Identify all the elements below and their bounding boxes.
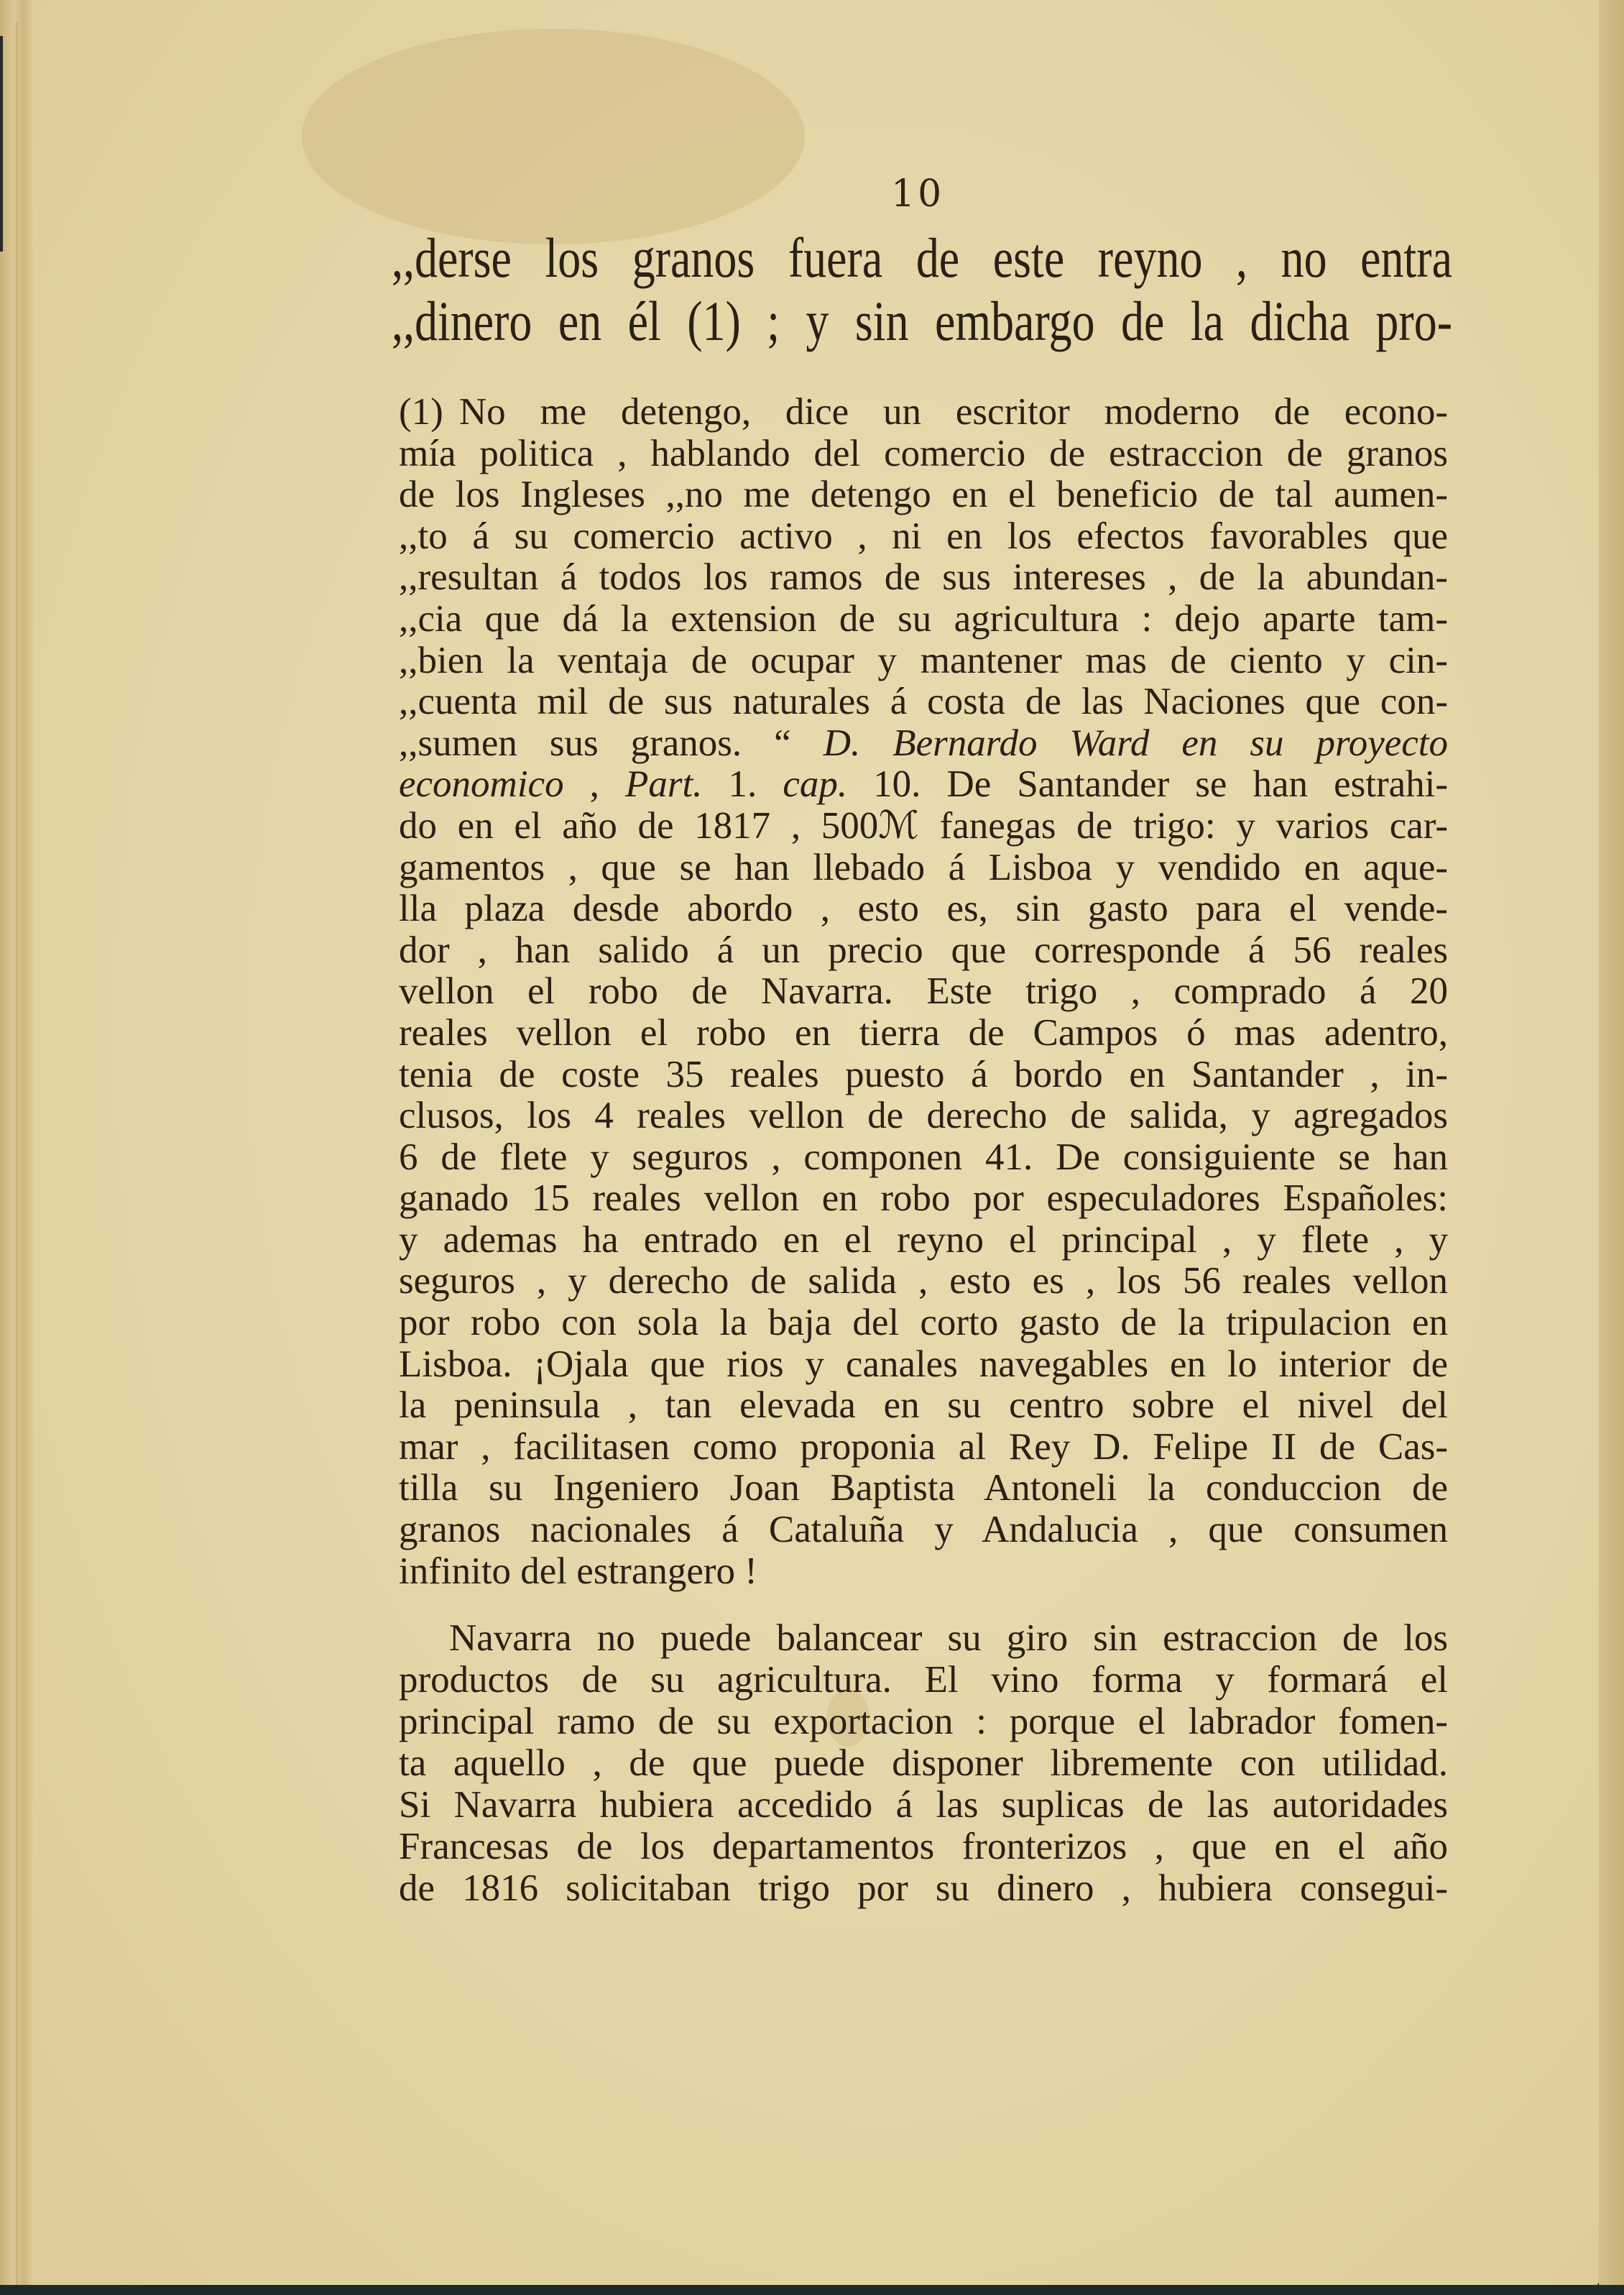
main-text-line: ,,dinero en él (1) ; y sin embargo de la…: [392, 290, 1452, 353]
body-paragraph: Navarra no puede balancear su giro sin e…: [399, 1617, 1448, 1909]
paragraph-line: Francesas de los departamentos fronteriz…: [399, 1826, 1448, 1867]
paragraph-line: principal ramo de su exportacion : porqu…: [399, 1701, 1448, 1742]
footnote-line: gamentos , que se han llebado á Lisboa y…: [399, 847, 1448, 889]
paper-stain: [302, 29, 805, 244]
footnote: (1)No me detengo, dice un escritor moder…: [399, 392, 1448, 1592]
footnote-line-text: No me detengo, dice un escritor moderno …: [459, 391, 1448, 433]
page-number: 10: [891, 173, 944, 216]
footnote-marker: (1): [399, 391, 443, 433]
citation-part-label: Part.: [625, 763, 702, 805]
paragraph-line: productos de su agricultura. El vino for…: [399, 1659, 1448, 1701]
footnote-line: clusos, los 4 reales vellon de derecho d…: [399, 1095, 1448, 1137]
paragraph-line: de 1816 solicitaban trigo por su dinero …: [399, 1867, 1448, 1909]
footnote-line: ,,resultan á todos los ramos de sus inte…: [399, 557, 1448, 599]
footnote-line: seguros , y derecho de salida , esto es …: [399, 1261, 1448, 1302]
footnote-line: lla plaza desde abordo , esto es, sin ga…: [399, 888, 1448, 930]
scan-background: [0, 2285, 1624, 2295]
footnote-line: 6 de flete y seguros , componen 41. De c…: [399, 1137, 1448, 1179]
paragraph-line: Navarra no puede balancear su giro sin e…: [399, 1617, 1448, 1659]
footnote-line: de los Ingleses ,,no me detengo en el be…: [399, 474, 1448, 516]
footnote-line: do en el año de 1817 , 500ℳ fanegas de t…: [399, 806, 1448, 847]
scan-edge: [0, 36, 3, 252]
footnote-line: ,,bien la ventaja de ocupar y mantener m…: [399, 640, 1448, 682]
gutter-fold: [16, 22, 18, 2293]
citation-part-number: 1.: [729, 763, 757, 805]
footnote-line: y ademas ha entrado en el reyno el princ…: [399, 1220, 1448, 1261]
paragraph-line: Si Navarra hubiera accedido á las suplic…: [399, 1784, 1448, 1826]
footnote-line: mar , facilitasen como proponia al Rey D…: [399, 1427, 1448, 1468]
footnote-line-text: De Santander se han estrahi-: [946, 763, 1448, 805]
page-edge: [1599, 0, 1624, 2295]
footnote-line: Lisboa. ¡Ojala que rios y canales navega…: [399, 1344, 1448, 1386]
citation-author: D. Bernardo Ward en su proyecto: [823, 722, 1448, 764]
footnote-line: infinito del estrangero !: [399, 1551, 1448, 1593]
footnote-line: por robo con sola la baja del corto gast…: [399, 1302, 1448, 1344]
footnote-line: dor , han salido á un precio que corresp…: [399, 930, 1448, 972]
footnote-line: la peninsula , tan elevada en su centro …: [399, 1385, 1448, 1427]
footnote-line: vellon el robo de Navarra. Este trigo , …: [399, 971, 1448, 1013]
footnote-line: mía politica , hablando del comercio de …: [399, 433, 1448, 475]
footnote-line: ,,cuenta mil de sus naturales á costa de…: [399, 681, 1448, 723]
footnote-line: ,,sumen sus granos. “ D. Bernardo Ward e…: [399, 723, 1448, 765]
footnote-line: ,,cia que dá la extension de su agricult…: [399, 599, 1448, 640]
footnote-line: ,,to á su comercio activo , ni en los ef…: [399, 516, 1448, 558]
main-text: ,,derse los granos fuera de este reyno ,…: [392, 226, 1261, 353]
footnote-line-text: ,,sumen sus granos. “: [399, 722, 791, 764]
page-gutter: [0, 0, 34, 2295]
footnote-line: granos nacionales á Cataluña y Andalucia…: [399, 1509, 1448, 1551]
footnote-line: tilla su Ingeniero Joan Baptista Antonel…: [399, 1468, 1448, 1509]
paragraph-line: ta aquello , de que puede disponer libre…: [399, 1742, 1448, 1784]
main-text-line: ,,derse los granos fuera de este reyno ,…: [392, 226, 1452, 290]
footnote-line: reales vellon el robo en tierra de Campo…: [399, 1013, 1448, 1054]
footnote-line: tenia de coste 35 reales puesto á bordo …: [399, 1054, 1448, 1096]
footnote-line: economico , Part. 1. cap. 10. De Santand…: [399, 764, 1448, 806]
citation-cap-label: cap.: [783, 763, 847, 805]
citation-title: economico: [399, 763, 564, 805]
footnote-line: (1)No me detengo, dice un escritor moder…: [399, 392, 1448, 433]
citation-cap-number: 10.: [873, 763, 921, 805]
footnote-line: ganado 15 reales vellon en robo por espe…: [399, 1178, 1448, 1220]
